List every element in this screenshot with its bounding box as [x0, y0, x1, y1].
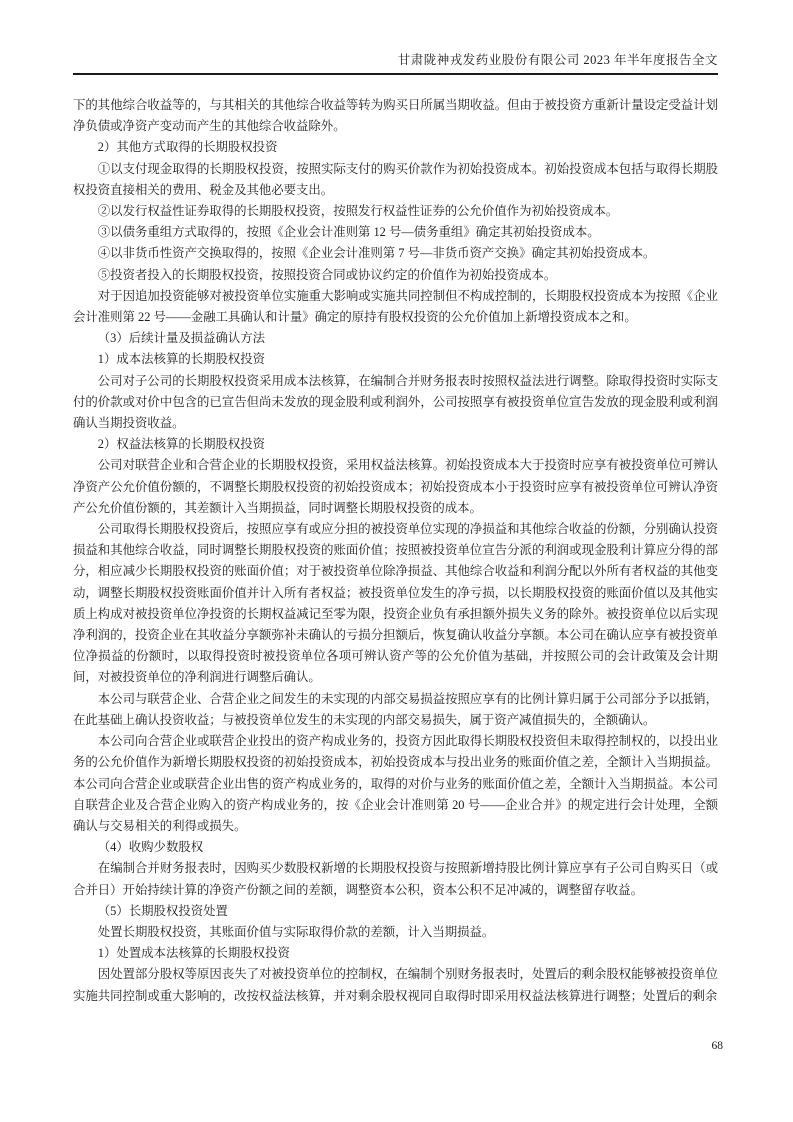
paragraph: 处置长期股权投资，其账面价值与实际取得价款的差额，计入当期损益。 [73, 922, 718, 943]
document-body: 下的其他综合收益等的，与其相关的其他综合收益等转为购买日所属当期收益。但由于被投… [73, 95, 718, 1007]
paragraph: 公司对联营企业和合营企业的长期股权投资，采用权益法核算。初始投资成本大于投资时应… [73, 455, 718, 519]
paragraph: ⑤投资者投入的长期股权投资，按照投资合同或协议约定的价值作为初始投资成本。 [73, 265, 718, 286]
page-header-title: 甘肃陇神戎发药业股份有限公司 2023 年半年度报告全文 [73, 52, 718, 69]
paragraph: 对于因追加投资能够对被投资单位实施重大影响或实施共同控制但不构成控制的，长期股权… [73, 286, 718, 328]
paragraph: ①以支付现金取得的长期股权投资，按照实际支付的购买价款作为初始投资成本。初始投资… [73, 159, 718, 201]
paragraph: 公司对子公司的长期股权投资采用成本法核算，在编制合并财务报表时按照权益法进行调整… [73, 371, 718, 435]
paragraph-heading: 1）处置成本法核算的长期股权投资 [73, 943, 718, 964]
paragraph: 公司取得长期股权投资后，按照应享有或应分担的被投资单位实现的净损益和其他综合收益… [73, 519, 718, 689]
paragraph: 本公司向合营企业或联营企业投出的资产构成业务的，投资方因此取得长期股权投资但未取… [73, 731, 718, 837]
paragraph: ③以债务重组方式取得的，按照《企业会计准则第 12 号—债务重组》确定其初始投资… [73, 222, 718, 243]
paragraph: 因处置部分股权等原因丧失了对被投资单位的控制权，在编制个别财务报表时，处置后的剩… [73, 964, 718, 1006]
header-divider-rule [73, 73, 718, 75]
paragraph-heading: （3）后续计量及损益确认方法 [73, 328, 718, 349]
paragraph: ②以发行权益性证券取得的长期股权投资，按照发行权益性证券的公允价值作为初始投资成… [73, 201, 718, 222]
paragraph-heading: 2）权益法核算的长期股权投资 [73, 434, 718, 455]
paragraph-heading: （4）收购少数股权 [73, 837, 718, 858]
paragraph: 在编制合并财务报表时，因购买少数股权新增的长期股权投资与按照新增持股比例计算应享… [73, 858, 718, 900]
paragraph: 下的其他综合收益等的，与其相关的其他综合收益等转为购买日所属当期收益。但由于被投… [73, 95, 718, 137]
report-page: 甘肃陇神戎发药业股份有限公司 2023 年半年度报告全文 下的其他综合收益等的，… [0, 0, 793, 1122]
page-number: 68 [73, 1040, 723, 1052]
paragraph-heading: 2）其他方式取得的长期股权投资 [73, 137, 718, 158]
paragraph-heading: 1）成本法核算的长期股权投资 [73, 349, 718, 370]
paragraph-heading: （5）长期股权投资处置 [73, 901, 718, 922]
paragraph: 本公司与联营企业、合营企业之间发生的未实现的内部交易损益按照应享有的比例计算归属… [73, 689, 718, 731]
paragraph: ④以非货币性资产交换取得的，按照《企业会计准则第 7 号—非货币资产交换》确定其… [73, 243, 718, 264]
